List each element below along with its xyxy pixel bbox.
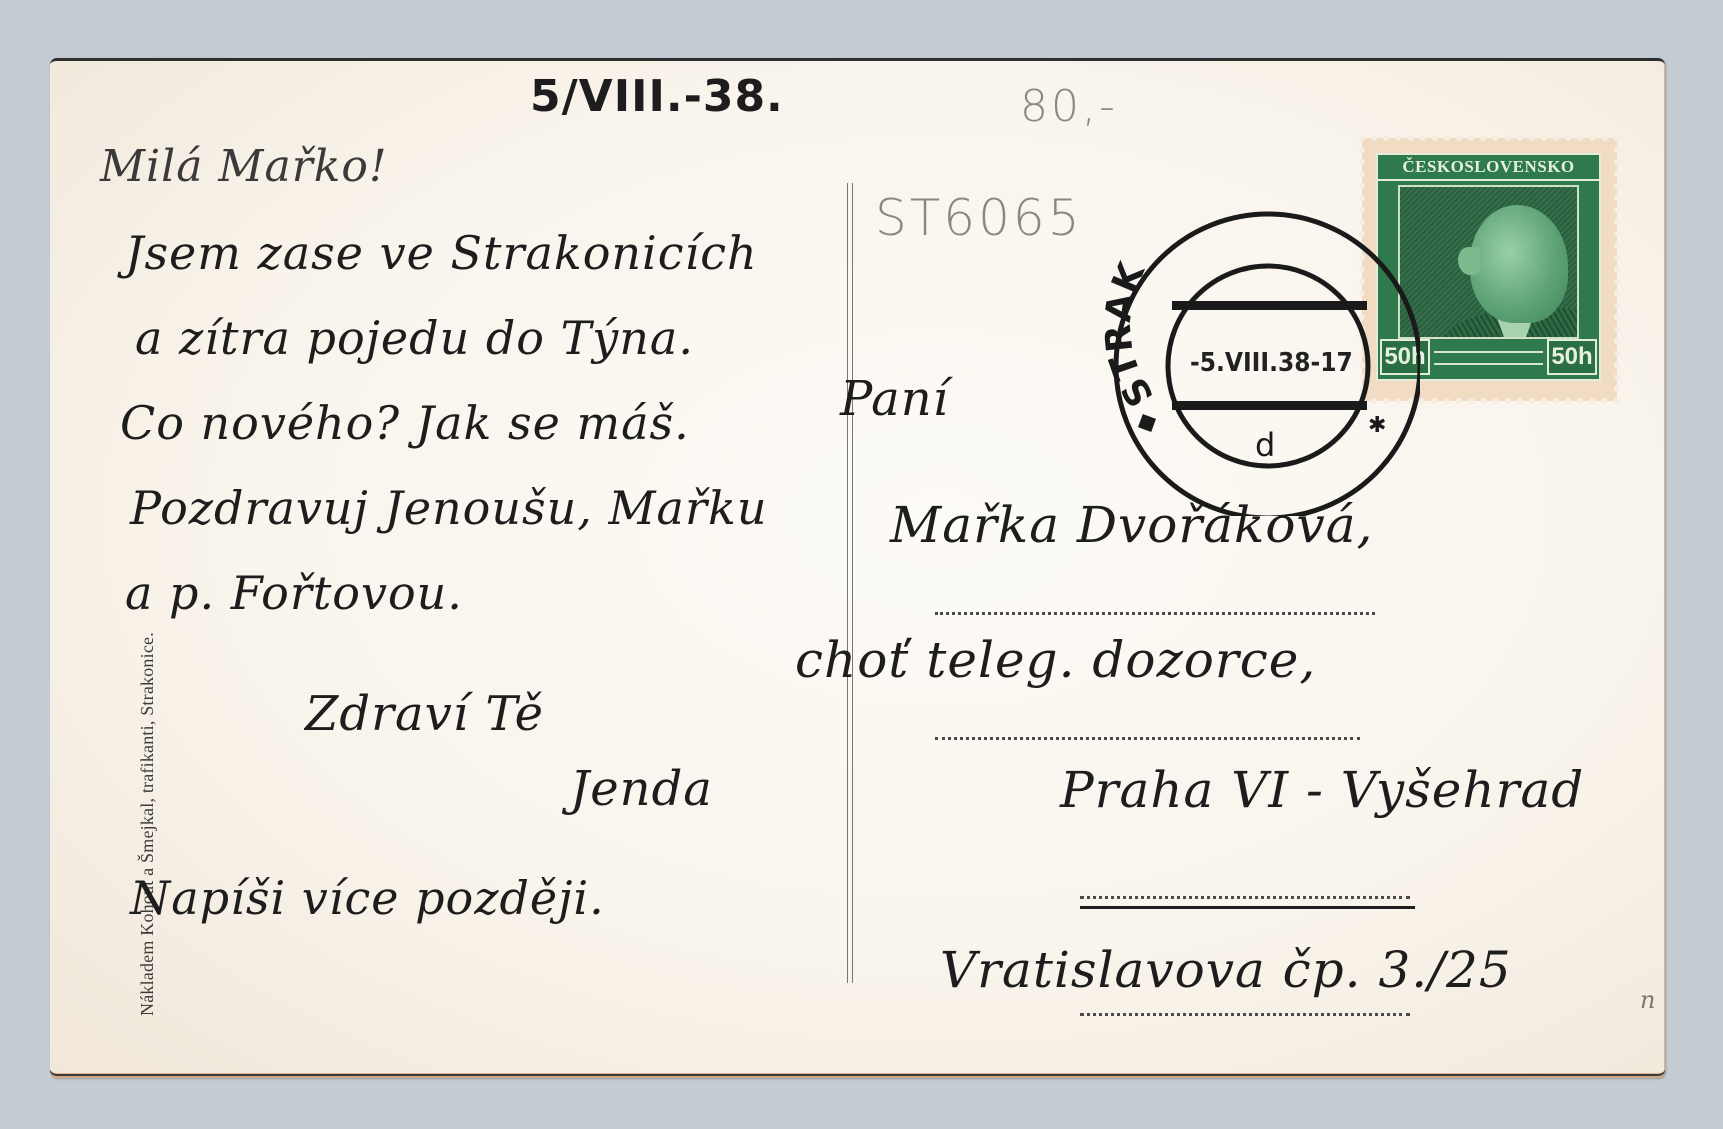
- postage-stamp: ČESKOSLOVENSKO 50h 50h: [1362, 138, 1617, 401]
- svg-text:✱: ✱: [1368, 412, 1386, 437]
- postmark-town: STRAK: [1100, 256, 1162, 413]
- postmark-letter: d: [1255, 426, 1275, 464]
- address-street: Vratislavova čp. 3./25: [940, 941, 1512, 999]
- postcard-back: Nákladem Kohout a Šmejkal, trafikanti, S…: [50, 58, 1665, 1078]
- message-line: a zítra pojedu do Týna.: [135, 311, 694, 365]
- stamp-value-right: 50h: [1547, 339, 1597, 375]
- date-written: 5/VIII.-38.: [530, 71, 784, 122]
- message-line: a p. Fořtovou.: [125, 566, 463, 620]
- pencil-inventory-code: ST6065: [875, 189, 1083, 247]
- message-line: Milá Mařko!: [100, 141, 388, 192]
- address-salutation: Paní: [840, 371, 949, 427]
- message-closing: Zdraví Tě: [305, 686, 544, 742]
- address-dotted-line: [935, 612, 1375, 615]
- message-line: Co nového? Jak se máš.: [120, 396, 690, 450]
- address-line-2: choť teleg. dozorce,: [795, 631, 1316, 689]
- message-line: Jsem zase ve Strakonicích: [125, 226, 758, 280]
- address-dotted-line: [935, 737, 1360, 740]
- address-underline: [1080, 906, 1415, 909]
- address-suffix-mark: n: [1640, 986, 1656, 1014]
- stamp-portrait-icon: [1398, 185, 1579, 339]
- address-name: Mařka Dvořáková,: [890, 496, 1373, 554]
- address-dotted-line: [1080, 1013, 1410, 1016]
- address-city: Praha VI - Vyšehrad: [1060, 761, 1584, 819]
- message-line: Pozdravuj Jenoušu, Mařku: [130, 481, 767, 535]
- stamp-ornament: [1434, 351, 1543, 365]
- pencil-price: 80,-: [1020, 81, 1118, 132]
- publisher-imprint: Nákladem Kohout a Šmejkal, trafikanti, S…: [137, 632, 158, 1016]
- address-dotted-line: [1080, 896, 1410, 899]
- stamp-value-left: 50h: [1380, 339, 1430, 375]
- postmark-date: -5.VIII.38-17: [1190, 348, 1353, 378]
- message-signature: Jenda: [570, 761, 713, 817]
- center-divider: [847, 183, 853, 983]
- stamp-country: ČESKOSLOVENSKO: [1378, 157, 1599, 181]
- message-postscript: Napíši více později.: [130, 871, 605, 925]
